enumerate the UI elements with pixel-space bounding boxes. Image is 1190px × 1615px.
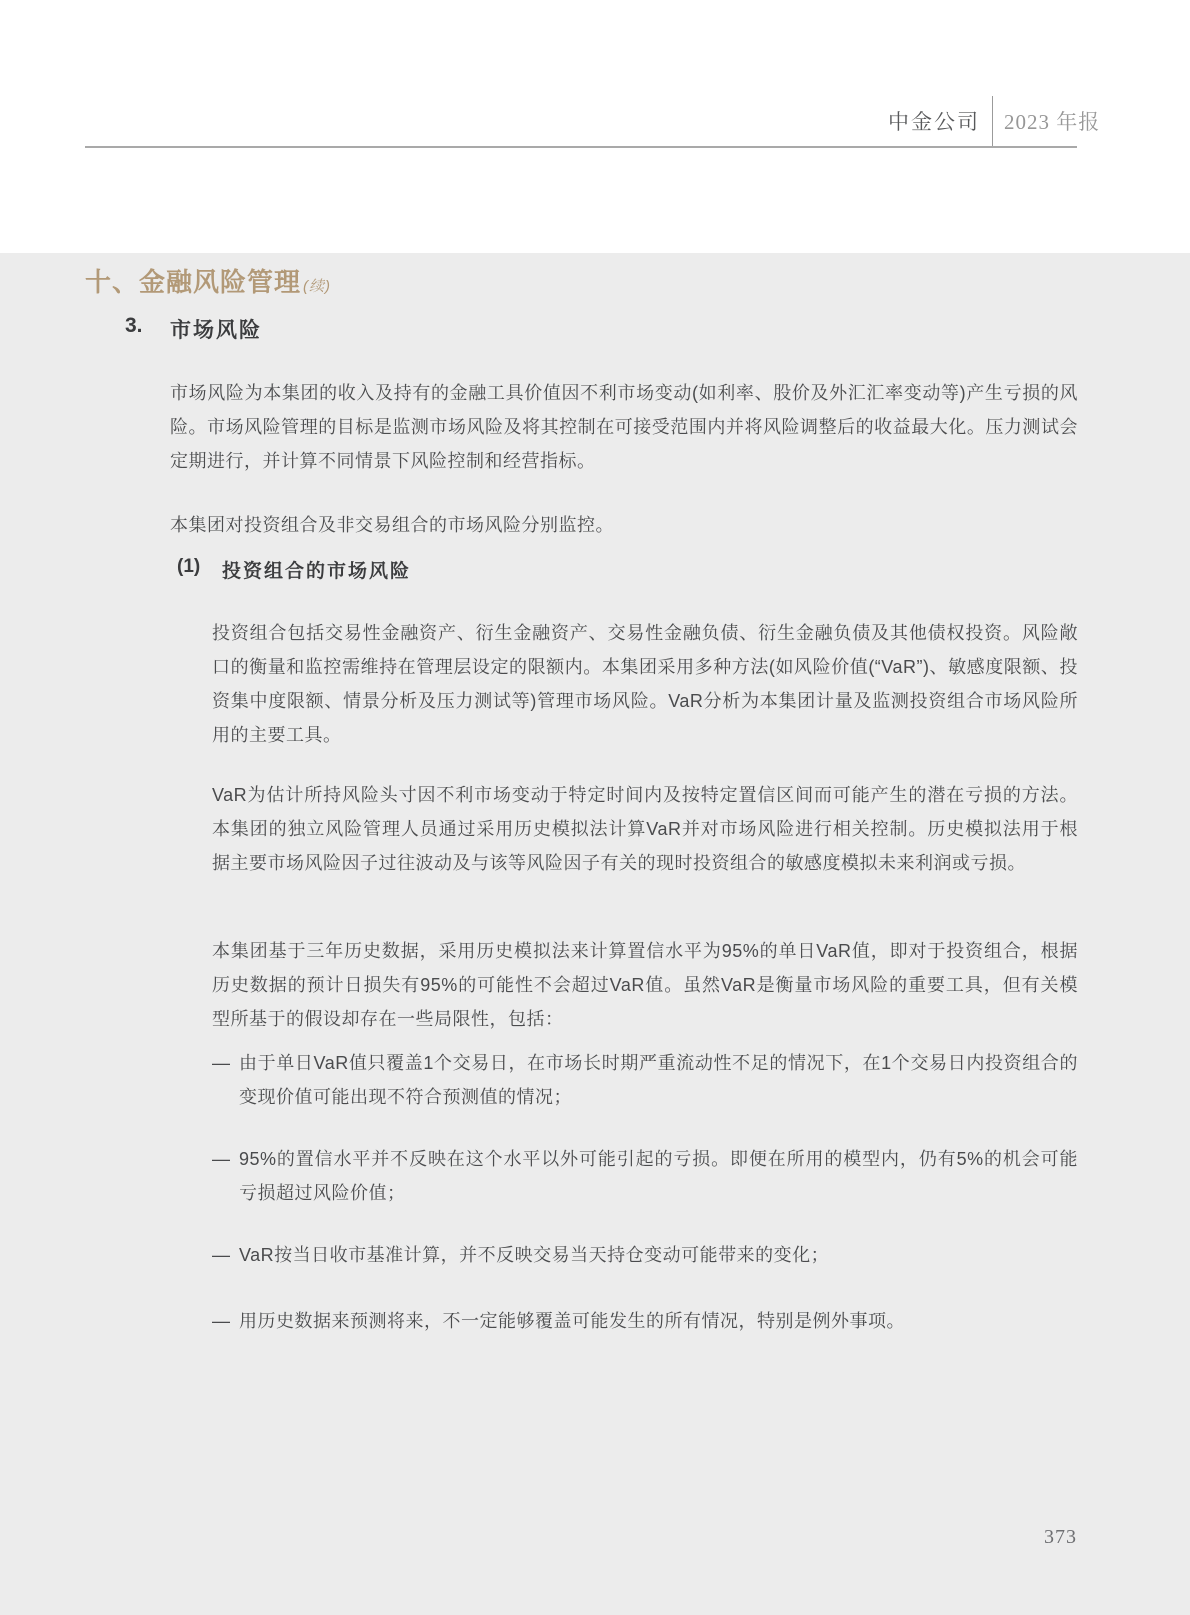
bullet-text: VaR按当日收市基准计算，并不反映交易当天持仓变动可能带来的变化； [239, 1238, 1078, 1272]
bullet-dash: — [212, 1142, 239, 1176]
company-name: 中金公司 [888, 106, 980, 136]
bullet-dash: — [212, 1238, 239, 1272]
bullet-item: — 用历史数据来预测将来，不一定能够覆盖可能发生的所有情况，特别是例外事项。 [212, 1304, 1078, 1338]
report-year: 2023 年报 [1004, 106, 1100, 136]
bullet-text: 由于单日VaR值只覆盖1个交易日，在市场长时期严重流动性不足的情况下，在1个交易… [239, 1046, 1078, 1114]
page-header: 中金公司 2023 年报 [0, 0, 1190, 150]
bullet-text: 95%的置信水平并不反映在这个水平以外可能引起的亏损。即便在所用的模型内，仍有5… [239, 1142, 1078, 1210]
section-title-text: 十、金融风险管理 [85, 267, 301, 297]
paragraph-portfolio-scope: 投资组合包括交易性金融资产、衍生金融资产、交易性金融负债、衍生金融负债及其他债权… [212, 616, 1078, 752]
paragraph-var-confidence: 本集团基于三年历史数据，采用历史模拟法来计算置信水平为95%的单日VaR值，即对… [212, 934, 1078, 1036]
bullet-dash: — [212, 1046, 239, 1080]
paragraph-var-method: VaR为估计所持风险头寸因不利市场变动于特定时间内及按特定置信区间而可能产生的潜… [212, 778, 1078, 880]
point-title: 投资组合的市场风险 [222, 556, 411, 583]
section-title: 十、金融风险管理(续) [85, 262, 331, 299]
report-page: 中金公司 2023 年报 十、金融风险管理(续) 3. 市场风险 市场风险为本集… [0, 0, 1190, 1615]
point-number: (1) [177, 556, 200, 578]
subsection-number: 3. [125, 314, 143, 338]
bullet-text: 用历史数据来预测将来，不一定能够覆盖可能发生的所有情况，特别是例外事项。 [239, 1304, 1078, 1338]
subsection-title: 市场风险 [170, 314, 262, 344]
bullet-item: — 由于单日VaR值只覆盖1个交易日，在市场长时期严重流动性不足的情况下，在1个… [212, 1046, 1078, 1114]
header-rule [85, 146, 1077, 148]
page-number: 373 [1044, 1526, 1077, 1549]
bullet-dash: — [212, 1304, 239, 1338]
bullet-item: — 95%的置信水平并不反映在这个水平以外可能引起的亏损。即便在所用的模型内，仍… [212, 1142, 1078, 1210]
header-divider [992, 96, 993, 146]
paragraph-market-risk-definition: 市场风险为本集团的收入及持有的金融工具价值因不利市场变动(如利率、股价及外汇汇率… [170, 376, 1078, 478]
section-title-continued: (续) [303, 278, 331, 295]
paragraph-monitoring: 本集团对投资组合及非交易组合的市场风险分别监控。 [170, 508, 1078, 542]
bullet-item: — VaR按当日收市基准计算，并不反映交易当天持仓变动可能带来的变化； [212, 1238, 1078, 1272]
